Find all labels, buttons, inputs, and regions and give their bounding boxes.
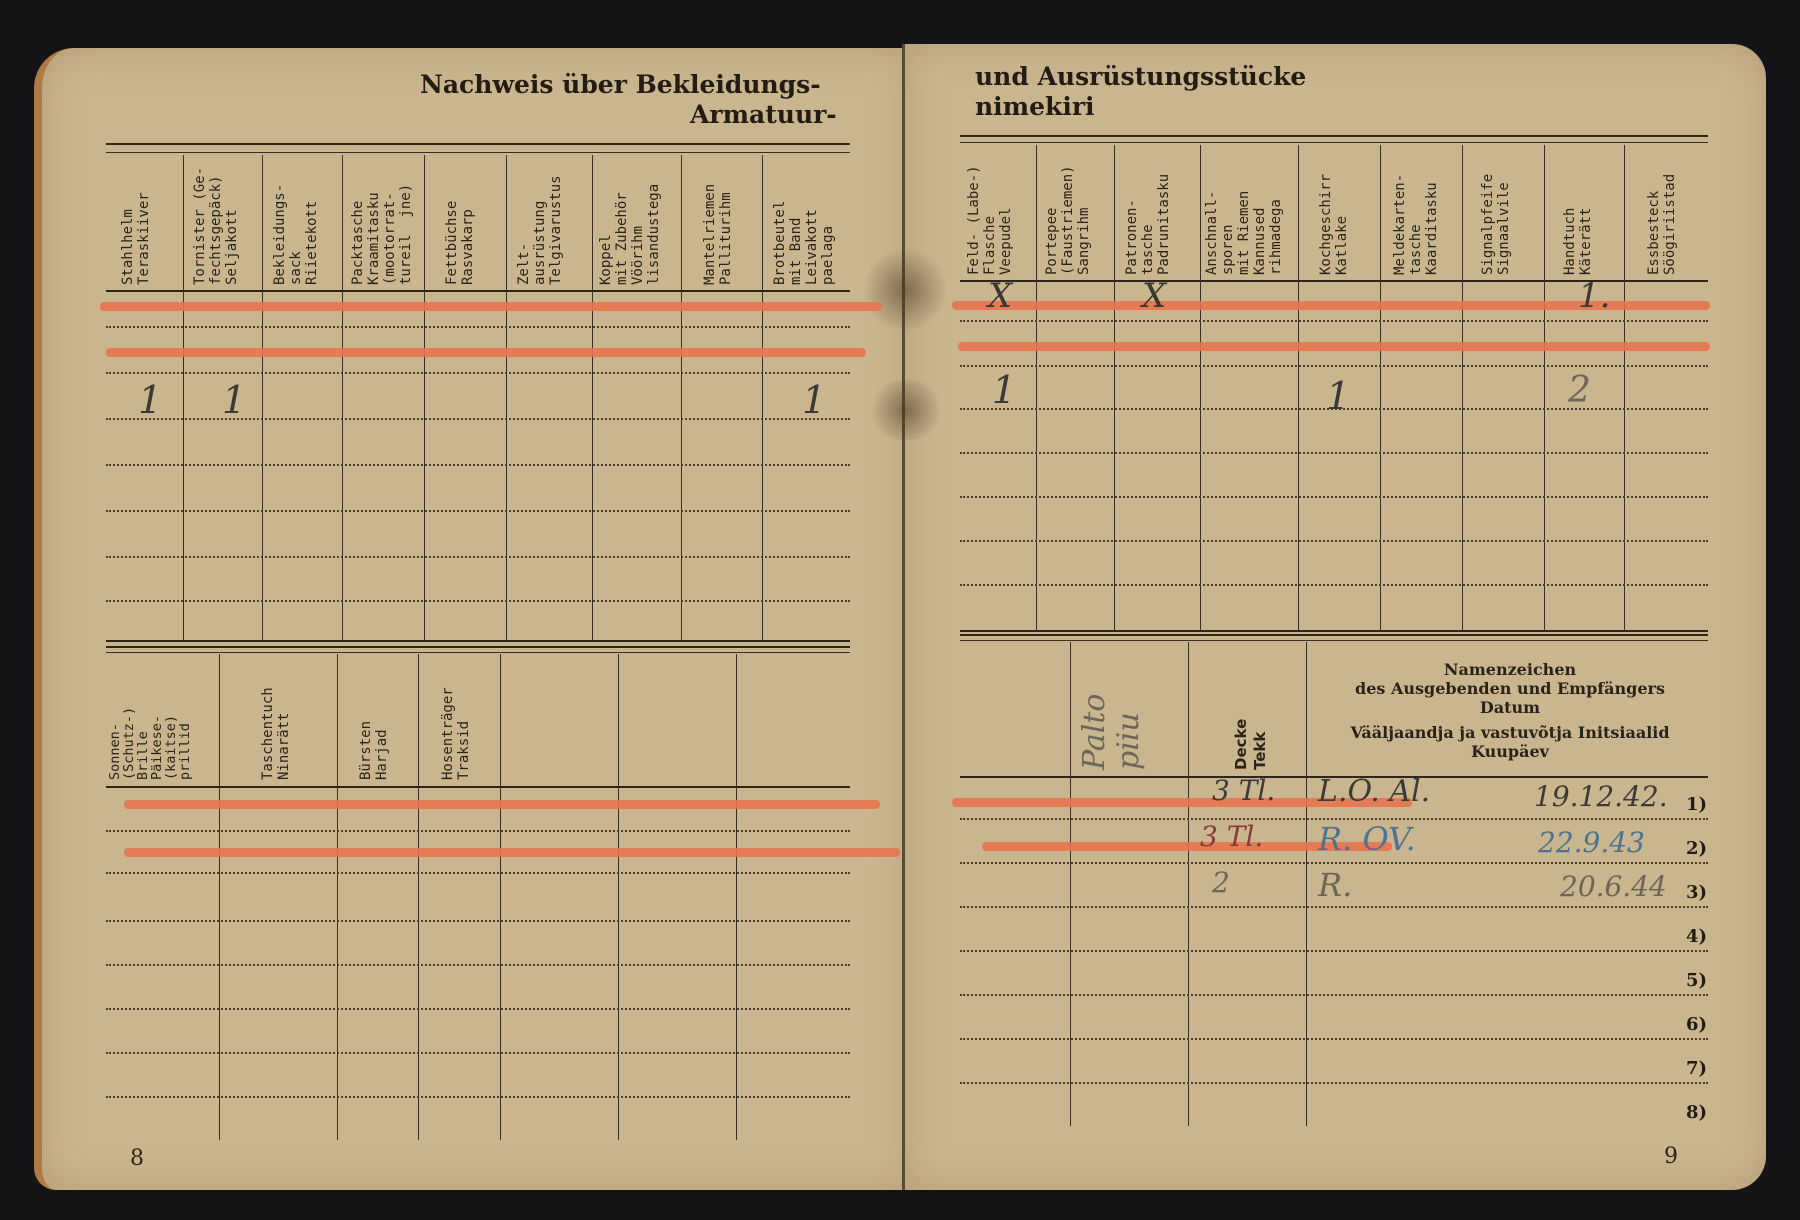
rule bbox=[106, 652, 850, 653]
red-strike-line bbox=[124, 800, 880, 809]
rule bbox=[960, 135, 1708, 137]
column-header-meldekartentasche: Meldekarten- tasche Kaarditasku bbox=[1392, 150, 1440, 275]
column-header-handtuch: Handtuch Käterätt bbox=[1562, 150, 1594, 275]
red-strike-line bbox=[100, 302, 882, 311]
staple-stain bbox=[860, 250, 950, 330]
right-title-line2: nimekiri bbox=[975, 92, 1095, 121]
rule bbox=[960, 634, 1708, 636]
handwritten-x-mark: X bbox=[988, 276, 1012, 316]
row-number-7: 7) bbox=[1686, 1058, 1707, 1079]
row-number-4: 4) bbox=[1686, 926, 1707, 947]
rule bbox=[960, 640, 1708, 641]
left-title-line2: Armatuur- bbox=[690, 100, 837, 129]
column-header-packtasche: Packtasche Kraamitasku (mootorrat- turei… bbox=[350, 160, 414, 285]
rule bbox=[106, 152, 850, 153]
rule bbox=[960, 630, 1708, 632]
column-header-patronentasche: Patronen- tasche Padrunitasku bbox=[1124, 150, 1172, 275]
column-header-anschnallsporen: Anschnall- sporen mit Riemen Kannused ri… bbox=[1204, 150, 1284, 275]
column-header-feldflasche: Feld- (Labe-) Flasche Veepudel bbox=[966, 150, 1014, 275]
rule bbox=[106, 143, 850, 145]
book-spine-gutter bbox=[902, 44, 905, 1190]
handwritten-entry: 1 bbox=[138, 378, 162, 422]
rule bbox=[960, 142, 1708, 143]
left-title-line1: Nachweis über Bekleidungs- bbox=[420, 70, 821, 99]
page-number-right: 9 bbox=[1664, 1144, 1678, 1169]
row-number-6: 6) bbox=[1686, 1014, 1707, 1035]
column-header-brotbeutel: Brotbeutel mit Band Leivakott paelaga bbox=[772, 180, 836, 285]
red-strike-line bbox=[124, 848, 900, 857]
column-header-portepee: Portepee (Faustriemen) Sangrihm bbox=[1044, 150, 1092, 275]
page-number-left: 8 bbox=[130, 1146, 144, 1171]
column-header-taschentuch: Taschentuch Ninarätt bbox=[260, 660, 292, 780]
column-header-koppel: Koppel mit Zubehör Vöörihm lisandustega bbox=[598, 150, 662, 285]
column-header-hosentraeger: Hosenträger Traksid bbox=[440, 660, 472, 780]
column-header-decke: Decke Tekk bbox=[1232, 690, 1270, 770]
handwritten-column-header-palto: Palto piiu bbox=[1078, 640, 1146, 770]
handwritten-entry: 1 bbox=[222, 378, 246, 422]
handwritten-x-mark: X bbox=[1142, 276, 1166, 316]
rule bbox=[106, 786, 850, 788]
column-header-kochgeschirr: Kochgeschirr Katlake bbox=[1318, 150, 1350, 275]
handwritten-entry: 1 bbox=[802, 378, 826, 422]
column-header-tornister: Tornister (Ge- fechtsgepäck) Seljakott bbox=[192, 160, 240, 285]
red-strike-line bbox=[106, 348, 866, 357]
column-header-bekleidungssack: Bekleidungs- sack Riietekott bbox=[272, 160, 320, 285]
column-header-signalpfeife: Signalpfeife Signaalvile bbox=[1480, 150, 1512, 275]
rule bbox=[106, 640, 850, 642]
handwritten-entry: 2 bbox=[1568, 370, 1591, 411]
staple-stain bbox=[866, 380, 946, 440]
red-strike-line bbox=[958, 342, 1710, 351]
column-header-fettbuechse: Fettbüchse Rasvakarp bbox=[444, 160, 476, 285]
right-title-line1: und Ausrüstungsstücke bbox=[975, 62, 1306, 91]
rule bbox=[106, 290, 850, 292]
row-number-8: 8) bbox=[1686, 1102, 1707, 1123]
column-header-zeltausruestung: Zelt- ausrüstung Telgivarustus bbox=[516, 160, 564, 285]
column-header-mantelriemen: Mantelriemen Palliturihm bbox=[702, 150, 734, 285]
handwritten-entry: 1. bbox=[1578, 276, 1610, 316]
rule bbox=[106, 646, 850, 648]
column-header-sonnenbrille: Sonnen- (Schutz-) Brille Päikese- (kaits… bbox=[108, 660, 192, 780]
signature-column-header: Namenzeichen des Ausgebenden und Empfäng… bbox=[1320, 660, 1700, 761]
handwritten-entry: 1 bbox=[1326, 374, 1350, 418]
handwritten-entry: 1 bbox=[992, 368, 1016, 412]
row-number-5: 5) bbox=[1686, 970, 1707, 991]
column-header-buersten: Bürsten Harjad bbox=[358, 660, 390, 780]
column-header-essbesteck: Essbesteck Söögiriistad bbox=[1646, 150, 1678, 275]
column-header-stahlhelm: Stahlhelm Teraskiiver bbox=[120, 160, 152, 285]
